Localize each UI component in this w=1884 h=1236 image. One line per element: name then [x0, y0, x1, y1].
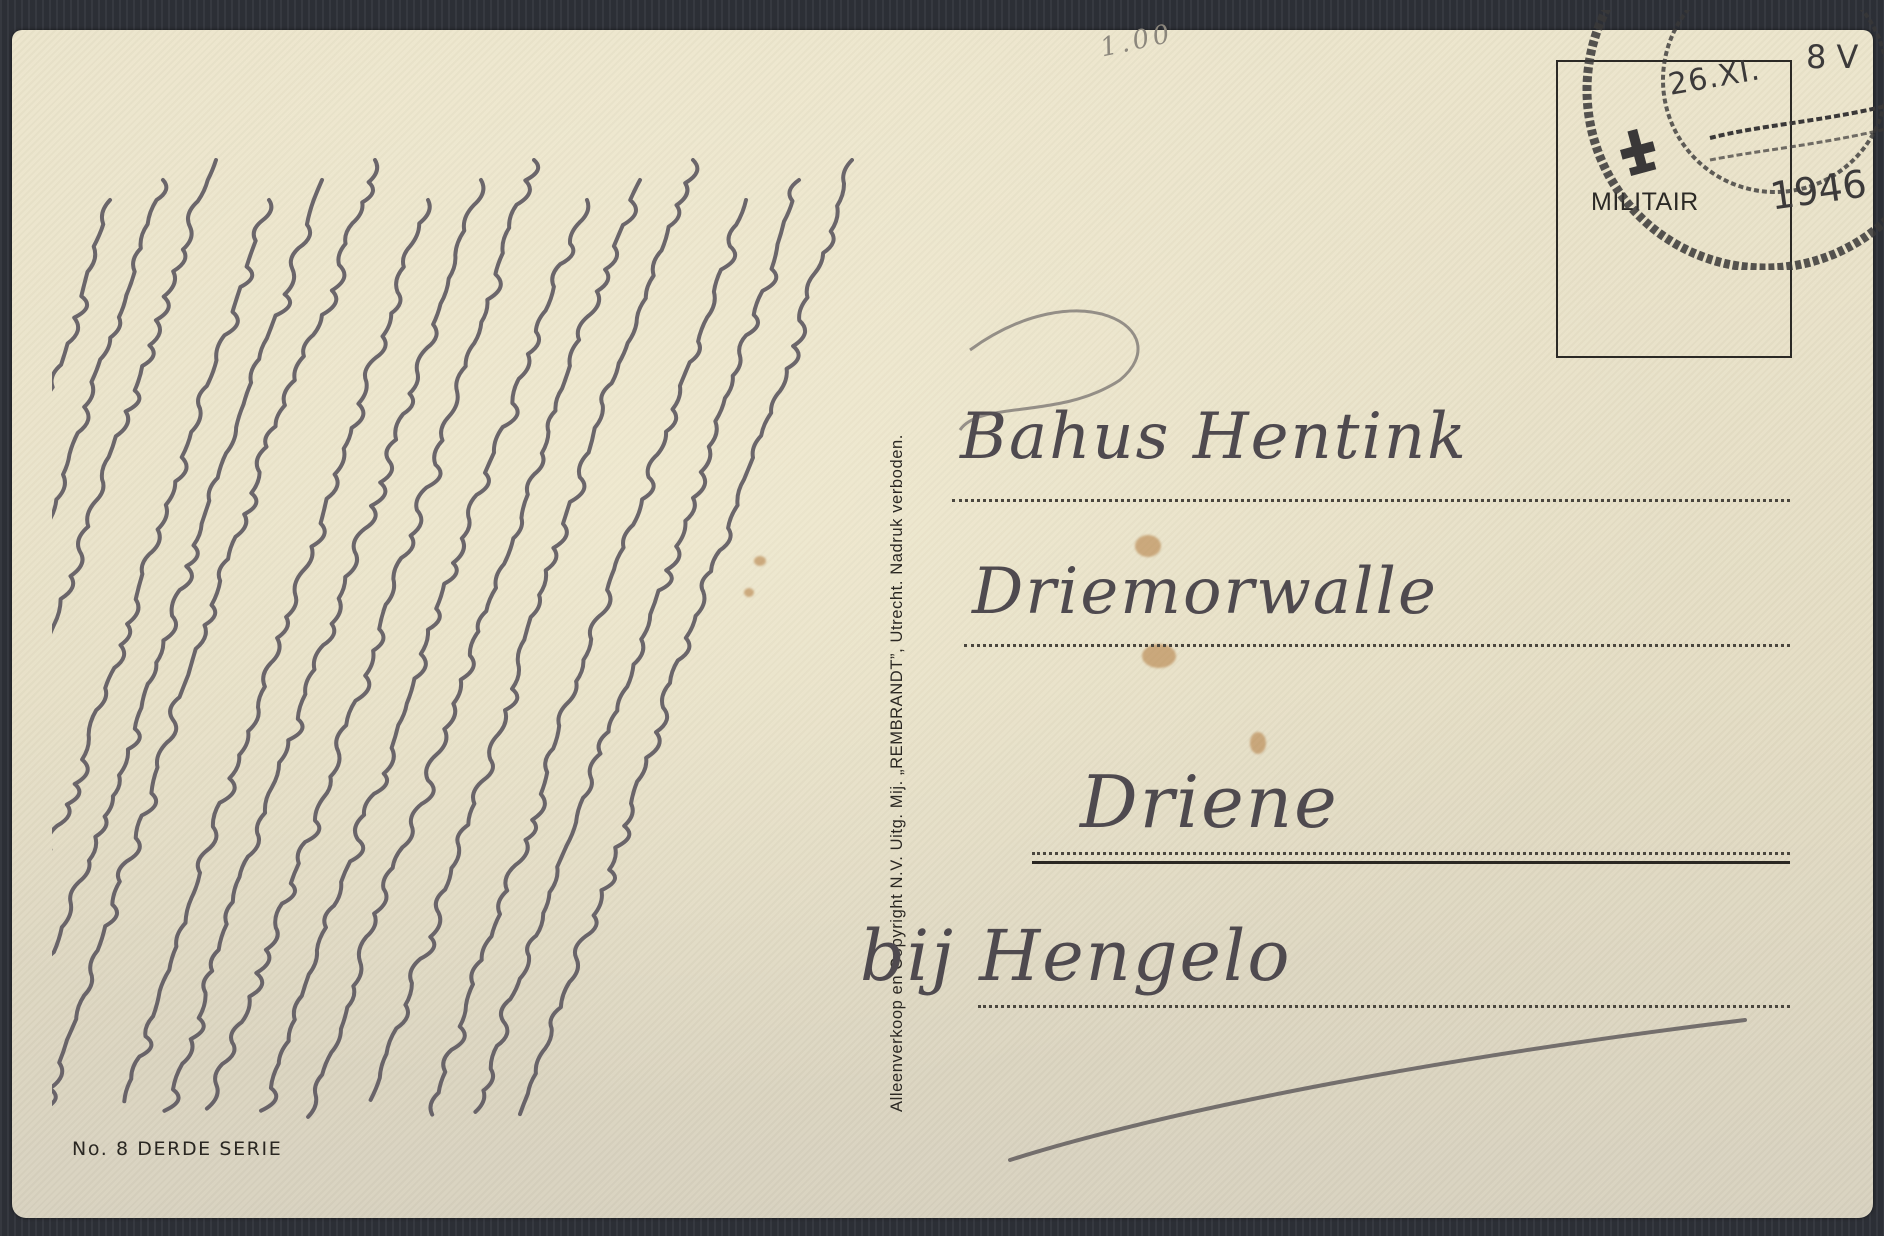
- address-name: Bahus Hentink: [960, 400, 1468, 474]
- publisher-imprint: Alleenverkoop en Copyright N.V. Uitg. Mi…: [888, 434, 907, 1112]
- message-line: [52, 160, 216, 1118]
- address-line-1: [952, 499, 1790, 502]
- stain: [1142, 644, 1176, 668]
- message-line: [52, 160, 377, 1110]
- message-line: [207, 160, 538, 1109]
- stain: [744, 588, 754, 597]
- message-line: [52, 180, 322, 1106]
- address-town: Driene: [1080, 760, 1339, 844]
- stain: [1250, 732, 1266, 754]
- message-line: [520, 160, 852, 1114]
- stain: [754, 556, 766, 566]
- address-line-4: [978, 1005, 1790, 1008]
- message-line: [52, 200, 110, 1113]
- address-line-2: [964, 644, 1790, 647]
- message-line: [164, 180, 483, 1111]
- message-line: [124, 200, 429, 1101]
- series-label: No. 8 DERDE SERIE: [72, 1138, 282, 1160]
- address-underline: [1032, 861, 1790, 864]
- address-street: Driemorwalle: [972, 555, 1438, 629]
- address-region: bij Hengelo: [860, 915, 1291, 997]
- postmark-hour: 8 V: [1806, 38, 1858, 76]
- message-line: [52, 180, 166, 1100]
- handwritten-message: [52, 90, 882, 1140]
- address-line-3: [1032, 852, 1790, 855]
- stain: [1135, 535, 1161, 557]
